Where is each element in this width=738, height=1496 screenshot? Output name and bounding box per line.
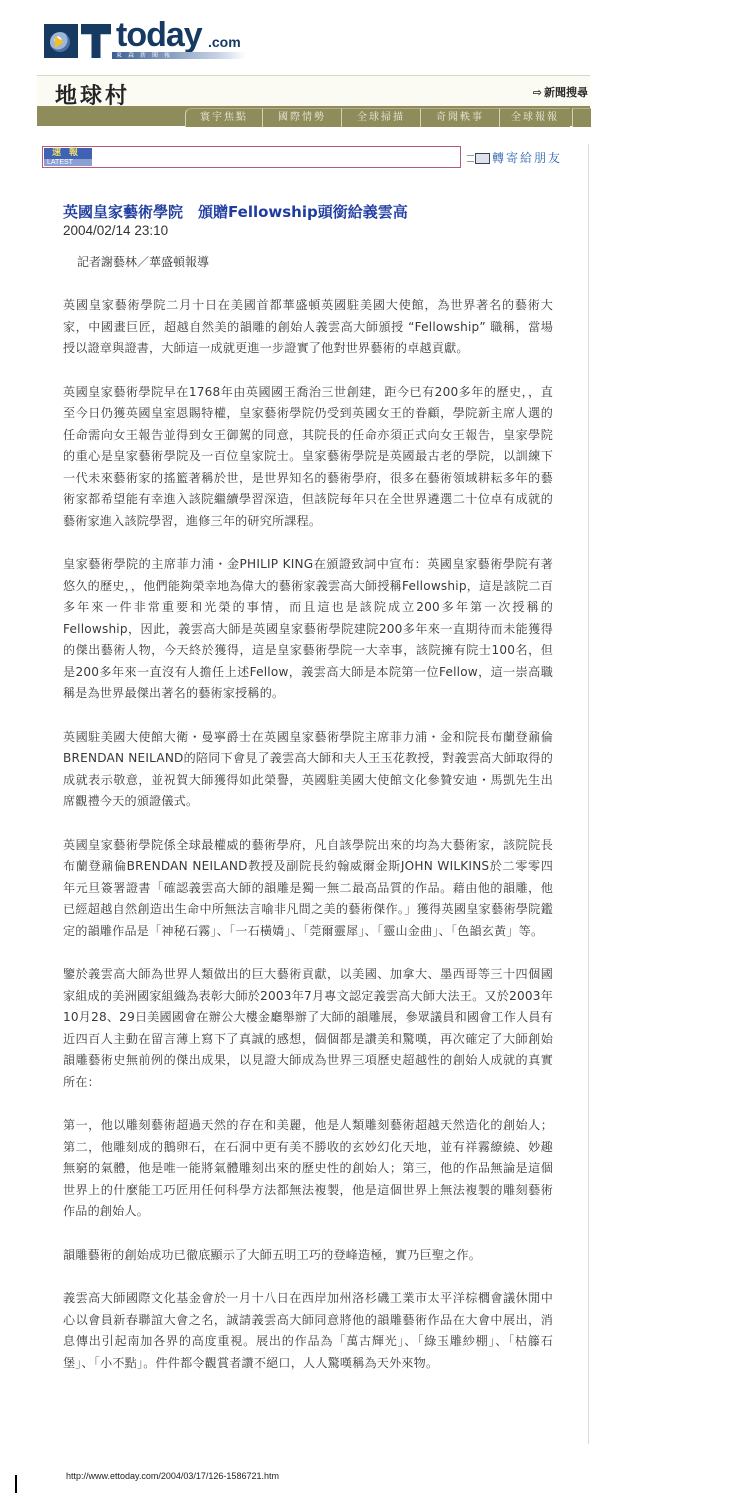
arrow-right-icon: ⇨ xyxy=(533,86,542,99)
news-search-link[interactable]: ⇨新聞搜尋 xyxy=(533,84,588,100)
latest-badge-zh: 速報 xyxy=(44,148,92,159)
article-paragraph: 義雲高大師國際文化基金會於一月十八日在西岸加州洛杉磯工業市太平洋棕櫚會議休閒中心… xyxy=(63,1288,553,1374)
article-datetime: 2004/02/14 23:10 xyxy=(63,222,553,239)
vertical-divider xyxy=(588,144,589,1444)
forward-to-friend-link[interactable]: 轉寄給朋友 xyxy=(467,149,562,166)
logo-wordmark: today xyxy=(116,16,202,55)
et-mark xyxy=(44,22,111,58)
tab-global-report[interactable]: 全球報報 xyxy=(499,108,570,127)
logo-globe-icon xyxy=(44,24,78,58)
article-paragraph: 皇家藝術學院的主席菲力浦・金PHILIP KING在頒證致詞中宣布：英國皇家藝術… xyxy=(63,554,553,705)
logo-band: 東森新聞報 xyxy=(112,52,246,59)
article-paragraph: 英國皇家藝術學院早在1768年由英國國王喬治三世創建，距今已有200多年的歷史，… xyxy=(63,382,553,533)
text-cursor xyxy=(15,1475,17,1493)
speed-lines-icon xyxy=(467,155,474,162)
page-url: http://www.ettoday.com/2004/03/17/126-15… xyxy=(66,1471,279,1481)
tab-more[interactable] xyxy=(572,108,591,127)
tab-global-scan[interactable]: 全球掃描 xyxy=(341,108,420,127)
tab-odd-news[interactable]: 奇聞軼事 xyxy=(420,108,499,127)
article-paragraph: 第一，他以雕刻藝術超過天然的存在和美麗，他是人類雕刻藝術超越天然造化的創始人；第… xyxy=(63,1115,553,1223)
forward-label: 轉寄給朋友 xyxy=(492,151,562,165)
tab-world-focus[interactable]: 寰宇焦點 xyxy=(185,108,262,127)
tab-international[interactable]: 國際情勢 xyxy=(262,108,341,127)
envelope-icon xyxy=(475,153,490,164)
article-paragraph: 鑒於義雲高大師為世界人類做出的巨大藝術貢獻，以美國、加拿大、墨西哥等三十四個國家… xyxy=(63,964,553,1093)
latest-news-ticker[interactable]: 速報 LATEST xyxy=(42,146,461,168)
latest-badge-en: LATEST xyxy=(44,159,92,166)
logo-t-letter xyxy=(81,24,111,58)
article: 英國皇家藝術學院 頒贈Fellowship頭銜給義雲高 2004/02/14 2… xyxy=(63,202,553,1374)
article-paragraph: 英國駐美國大使館大衛・曼寧爵士在英國皇家藝術學院主席菲力浦・金和院長布蘭登鼐倫B… xyxy=(63,727,553,813)
latest-badge: 速報 LATEST xyxy=(44,148,92,166)
article-paragraph: 韻雕藝術的創始成功已徹底顯示了大師五明工巧的登峰造極，實乃巨聖之作。 xyxy=(63,1245,553,1267)
ettoday-logo[interactable]: today .com 東森新聞報 xyxy=(44,22,254,62)
news-search-label: 新聞搜尋 xyxy=(544,86,588,99)
article-byline: 記者謝藝林／華盛頓報導 xyxy=(77,253,553,271)
article-paragraph: 英國皇家藝術學院二月十日在美國首都華盛頓英國駐美國大使館，為世界著名的藝術大家，… xyxy=(63,295,553,360)
section-header: 地球村 ⇨新聞搜尋 xyxy=(37,75,590,107)
article-headline: 英國皇家藝術學院 頒贈Fellowship頭銜給義雲高 xyxy=(63,202,553,222)
article-paragraph: 英國皇家藝術學院係全球最權威的藝術學府，凡自該學院出來的均為大藝術家，該院院長布… xyxy=(63,835,553,943)
section-navbar: 寰宇焦點 國際情勢 全球掃描 奇聞軼事 全球報報 xyxy=(37,106,590,126)
logo-suffix: .com xyxy=(208,34,241,50)
